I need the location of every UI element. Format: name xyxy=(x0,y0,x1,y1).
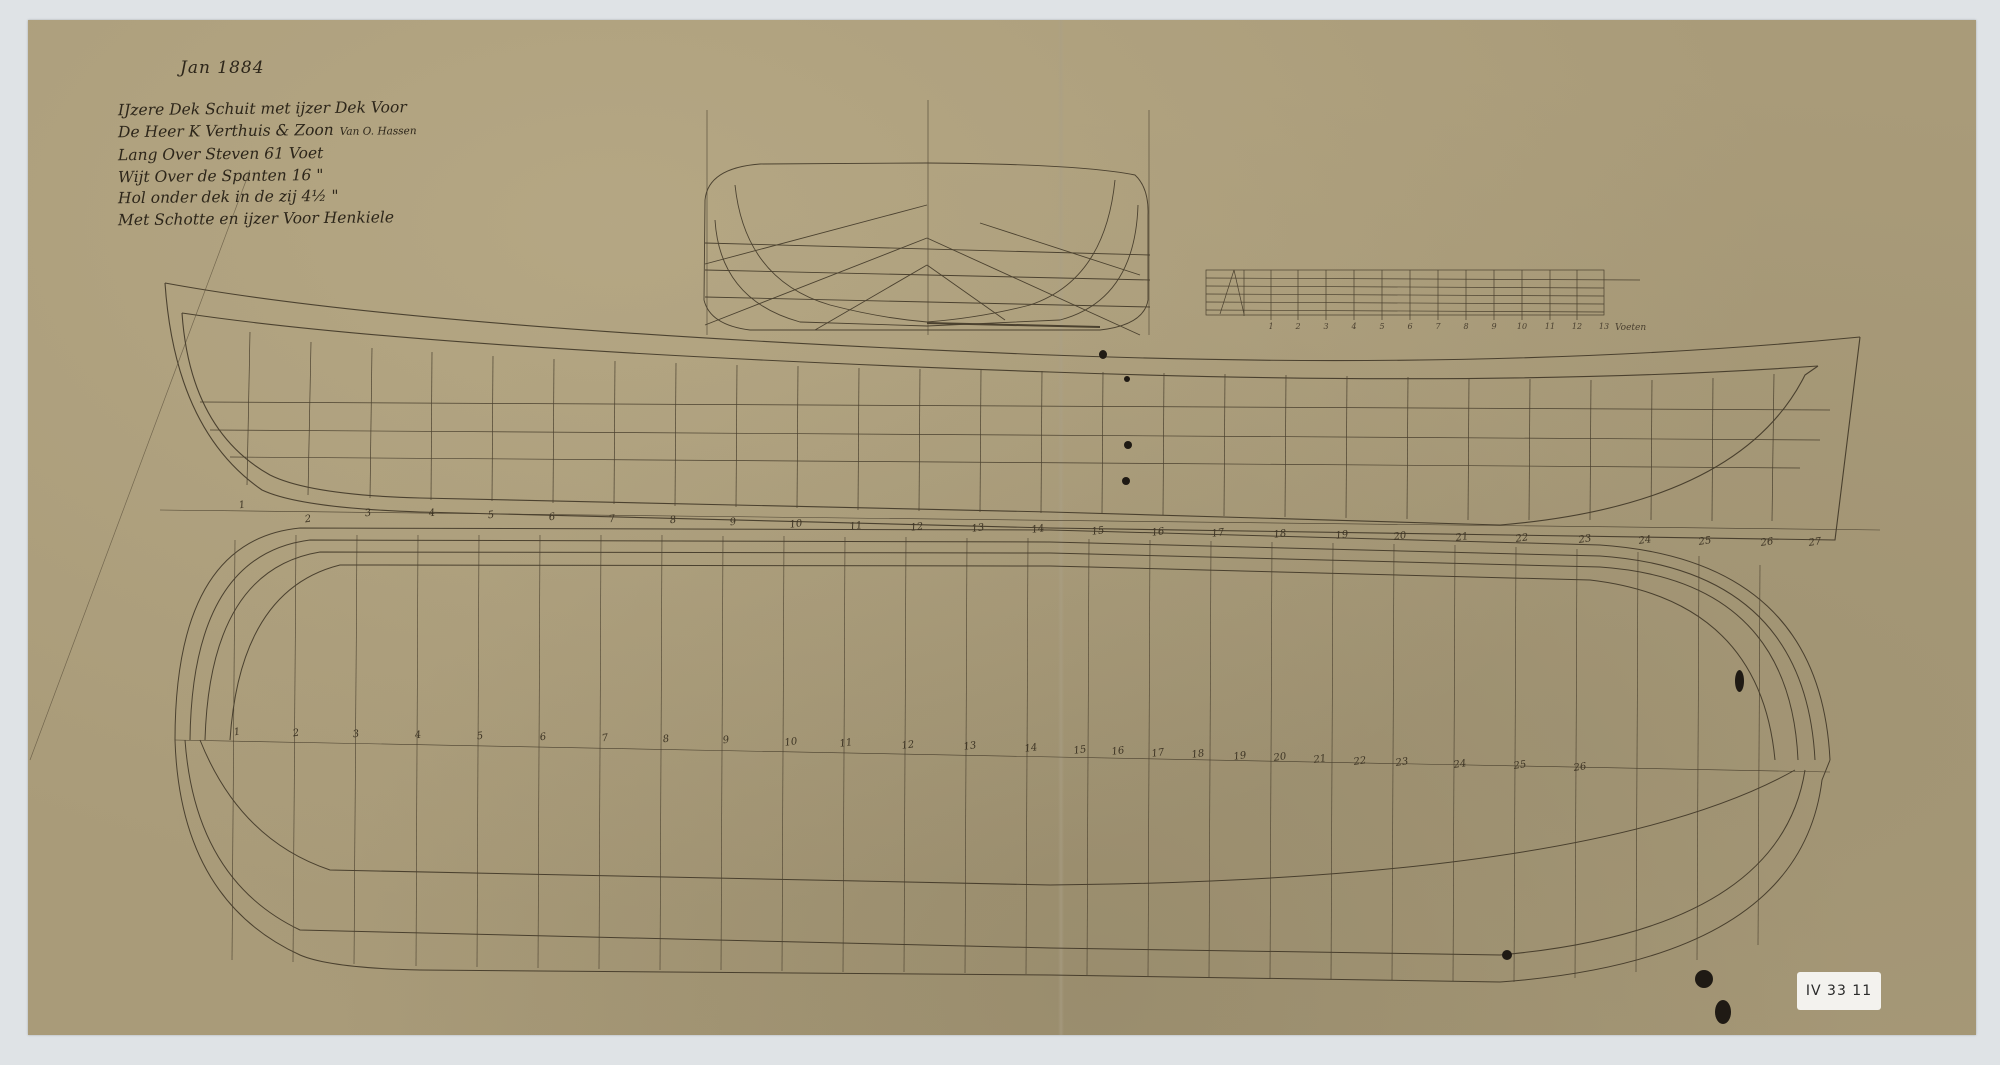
scale-tick-label: 6 xyxy=(1407,322,1412,331)
scale-bar xyxy=(1206,270,1640,320)
plan-frame-label: 18 xyxy=(1191,748,1205,761)
plan-frame-label: 15 xyxy=(1073,744,1087,757)
side-frame-label: 17 xyxy=(1211,527,1225,540)
side-frame-label: 4 xyxy=(428,508,436,520)
client-name: De Heer K Verthuis & Zoon xyxy=(118,120,334,140)
scale-tick-label: 5 xyxy=(1379,322,1384,331)
catalogue-tag: IV 33 11 xyxy=(1797,972,1881,1010)
plan-frame-label: 24 xyxy=(1453,758,1467,771)
side-frame-label: 8 xyxy=(669,515,677,527)
plan-frame-label: 14 xyxy=(1024,742,1038,755)
side-frame-label: 14 xyxy=(1031,523,1045,536)
plan-frame-label: 1 xyxy=(233,727,241,739)
side-frame-label: 19 xyxy=(1335,529,1349,542)
ink-blot xyxy=(1715,1000,1731,1024)
side-frame-label: 26 xyxy=(1760,536,1774,549)
side-frame-label: 24 xyxy=(1638,534,1652,547)
ink-blot xyxy=(1124,376,1130,382)
scale-tick-label: 2 xyxy=(1295,322,1300,331)
plan-frame-label: 2 xyxy=(292,728,300,740)
plan-frame-label: 6 xyxy=(539,732,547,744)
inscription-aside: Van O. Hassen xyxy=(340,125,417,138)
side-frame-label: 7 xyxy=(608,514,616,526)
plan-frame-label: 13 xyxy=(963,740,977,753)
plan-frame-label: 21 xyxy=(1313,753,1327,766)
side-frame-label: 15 xyxy=(1091,525,1105,538)
ink-blot xyxy=(1099,350,1107,359)
side-frame-label: 10 xyxy=(789,518,803,531)
plan-frame-label: 4 xyxy=(414,730,422,742)
body-plan xyxy=(704,100,1150,335)
plan-frame-label: 23 xyxy=(1395,756,1409,769)
ink-blot xyxy=(1124,441,1132,449)
scale-tick-label: 12 xyxy=(1572,322,1582,331)
scale-tick-label: 4 xyxy=(1351,322,1356,331)
side-frame-label: 11 xyxy=(849,520,863,533)
plan-frame-label: 20 xyxy=(1273,751,1287,764)
ink-blot xyxy=(1695,970,1713,988)
side-frame-label: 25 xyxy=(1698,535,1712,548)
scale-tick-label: 8 xyxy=(1463,322,1468,331)
plan-frame-label: 12 xyxy=(901,739,915,752)
scale-unit-label: Voeten xyxy=(1615,323,1646,333)
plan-frame-label: 22 xyxy=(1353,755,1367,768)
side-frame-label: 16 xyxy=(1151,526,1165,539)
scale-tick-label: 1 xyxy=(1268,322,1273,331)
side-frame-label: 23 xyxy=(1578,533,1592,546)
plan-frame-label: 10 xyxy=(784,736,798,749)
plan-frame-label: 11 xyxy=(839,737,853,750)
scale-tick-label: 13 xyxy=(1599,322,1609,331)
side-frame-label: 12 xyxy=(910,521,924,534)
plan-frame-label: 5 xyxy=(476,731,484,743)
plan-frame-label: 8 xyxy=(662,734,670,746)
ink-blot xyxy=(1502,950,1512,960)
side-frame-label: 18 xyxy=(1273,528,1287,541)
plan-frame-label: 9 xyxy=(722,735,730,747)
side-frame-label: 9 xyxy=(729,517,737,529)
side-frame-label: 22 xyxy=(1515,532,1529,545)
side-frame-label: 3 xyxy=(364,508,372,520)
side-frame-label: 27 xyxy=(1808,536,1822,549)
scale-tick-label: 10 xyxy=(1517,322,1527,331)
plan-frame-label: 17 xyxy=(1151,747,1165,760)
scale-tick-label: 7 xyxy=(1435,322,1440,331)
plan-frame-label: 16 xyxy=(1111,745,1125,758)
ink-blot xyxy=(1735,670,1744,692)
plan-frame-label: 3 xyxy=(352,729,360,741)
scale-tick-label: 9 xyxy=(1491,322,1496,331)
side-frame-label: 21 xyxy=(1455,531,1469,544)
side-frame-label: 20 xyxy=(1393,530,1407,543)
side-frame-label: 13 xyxy=(971,522,985,535)
ink-blot xyxy=(1122,477,1130,485)
plan-frame-label: 7 xyxy=(601,733,609,745)
inscription-line-6: Met Schotte en ijzer Voor Henkiele xyxy=(118,205,538,231)
side-frame-label: 5 xyxy=(487,510,495,522)
side-frame-label: 2 xyxy=(304,514,312,526)
inscription-block: Jan 1884 IJzere Dek Schuit met ijzer Dek… xyxy=(118,58,538,229)
plan-frame-label: 19 xyxy=(1233,750,1247,763)
plan-frame-label: 26 xyxy=(1573,761,1587,774)
scale-tick-label: 3 xyxy=(1323,322,1328,331)
plan-frame-label: 25 xyxy=(1513,759,1527,772)
side-frame-label: 1 xyxy=(238,500,246,512)
deck-plan xyxy=(175,528,1830,982)
inscription-date: Jan 1884 xyxy=(180,58,538,78)
scale-tick-label: 11 xyxy=(1545,322,1555,331)
side-frame-label: 6 xyxy=(548,512,556,524)
